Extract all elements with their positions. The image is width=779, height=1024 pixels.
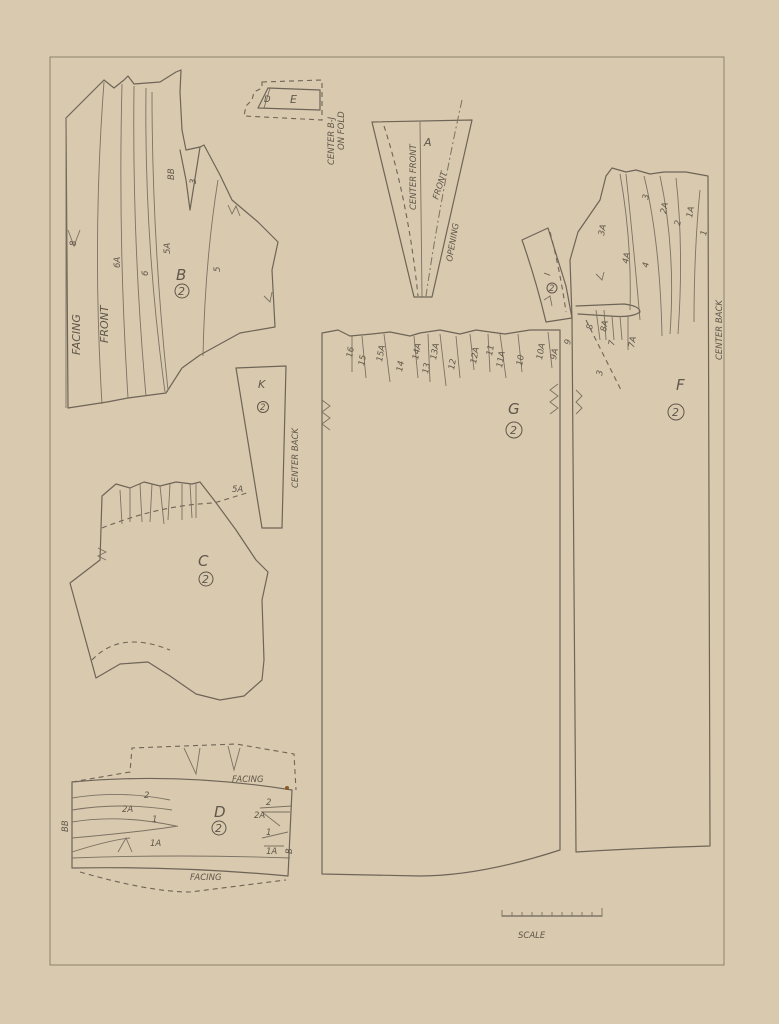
label-16: 16 <box>345 346 357 359</box>
note-on-fold: ON FOLD <box>337 111 347 150</box>
piece-e: D E CENTER B-J ON FOLD <box>244 80 347 165</box>
piece-letter-b: B <box>176 266 186 284</box>
label-1a: 1A <box>685 206 697 219</box>
piece-letter-g: G <box>508 400 520 418</box>
quantity-g: 2 <box>510 424 517 437</box>
quantity-i: 2 <box>549 284 554 294</box>
piece-letter-d: D <box>214 803 226 821</box>
label-3: 3 <box>641 193 652 200</box>
piece-g: 16 15 15A 14 14A 13 13A 12 12A 11 11A 10… <box>322 330 561 876</box>
piece-d: FACING FACING 2 2A 1 1A 2 2A 1 1A BB B D… <box>61 744 296 892</box>
label-front: FRONT <box>431 169 450 200</box>
label-2-right: 2 <box>266 798 271 808</box>
label-13: 13 <box>421 362 433 374</box>
scale-label: SCALE <box>518 931 546 941</box>
label-5a: 5A <box>232 485 243 495</box>
label-4: 4 <box>641 261 652 268</box>
piece-letter-c: C <box>198 552 209 570</box>
label-11: 11 <box>485 344 497 356</box>
piece-letter-a: A <box>423 136 432 149</box>
label-facing: FACING <box>70 314 83 355</box>
label-center-back: CENTER BACK <box>291 427 301 488</box>
piece-b: FACING FRONT 6A 6 5A 5 BB 8 3 B 2 <box>66 70 278 408</box>
piece-letter-i: I <box>543 272 553 277</box>
quantity-k: 2 <box>260 403 265 413</box>
label-1a-right: 1A <box>266 847 277 857</box>
label-d: D <box>264 95 271 105</box>
label-2: 2 <box>144 791 149 801</box>
label-center-back: CENTER BACK <box>715 299 725 360</box>
dart-numbers: 16 15 15A 14 14A 13 13A 12 12A 11 11A 10… <box>345 342 561 374</box>
label-bb: BB <box>61 820 71 832</box>
piece-i: I 2 <box>522 228 572 322</box>
label-2: 2 <box>673 219 684 226</box>
scale-bar: SCALE <box>502 908 602 941</box>
piece-f: CENTER BACK 1A 1 2 2A 3 3A 4A 4 8 8A 7 7… <box>563 168 725 852</box>
label-b: B <box>285 848 295 854</box>
label-9a: 9A <box>549 348 561 361</box>
piece-letter-k: K <box>258 378 266 391</box>
label-front: FRONT <box>98 304 111 343</box>
quantity-c: 2 <box>202 573 209 586</box>
piece-a: A CENTER FRONT FRONT OPENING <box>372 100 472 297</box>
label-13a: 13A <box>429 342 442 360</box>
label-1-right: 1 <box>266 828 271 838</box>
label-15a: 15A <box>375 344 388 362</box>
piece-c: 5A C 2 <box>70 482 268 700</box>
label-7a: 7A <box>627 336 639 349</box>
label-14: 14 <box>395 360 407 372</box>
ink-spot <box>285 786 289 790</box>
piece-letter-f: F <box>676 376 685 394</box>
label-12: 12 <box>447 358 459 370</box>
note-center-bj: CENTER B-J <box>327 116 337 165</box>
label-6a: 6A <box>113 257 123 268</box>
label-3-lower: 3 <box>595 369 606 376</box>
label-10a: 10A <box>535 342 548 360</box>
quantity-d: 2 <box>215 822 222 835</box>
label-10: 10 <box>515 354 527 366</box>
label-1a: 1A <box>150 839 161 849</box>
label-2a-right: 2A <box>254 811 265 821</box>
piece-letter-e: E <box>290 93 297 106</box>
label-8: 8 <box>69 240 79 246</box>
label-7: 7 <box>607 339 618 347</box>
label-5a: 5A <box>163 243 173 254</box>
label-facing-bottom: FACING <box>190 873 222 883</box>
label-bb: BB <box>167 168 177 180</box>
label-15: 15 <box>357 354 369 366</box>
pattern-drawing: FACING FRONT 6A 6 5A 5 BB 8 3 B 2 D E CE… <box>0 0 779 1024</box>
label-6: 6 <box>141 270 151 276</box>
label-3a: 3A <box>597 224 609 237</box>
label-11a: 11A <box>495 350 508 368</box>
label-8: 8 <box>585 323 596 331</box>
label-8a: 8A <box>599 320 611 333</box>
piece-k: K 2 CENTER BACK <box>236 366 301 528</box>
label-4a: 4A <box>621 252 633 265</box>
label-center-front: CENTER FRONT <box>409 143 419 210</box>
label-facing-top: FACING <box>232 775 264 785</box>
quantity-b: 2 <box>178 285 185 298</box>
label-5: 5 <box>213 267 223 272</box>
label-2a: 2A <box>659 202 671 215</box>
quantity-f: 2 <box>672 406 679 419</box>
label-12a: 12A <box>469 346 482 364</box>
label-1: 1 <box>152 815 157 825</box>
label-3: 3 <box>189 179 199 184</box>
label-14a: 14A <box>411 342 424 360</box>
label-2a: 2A <box>122 805 133 815</box>
